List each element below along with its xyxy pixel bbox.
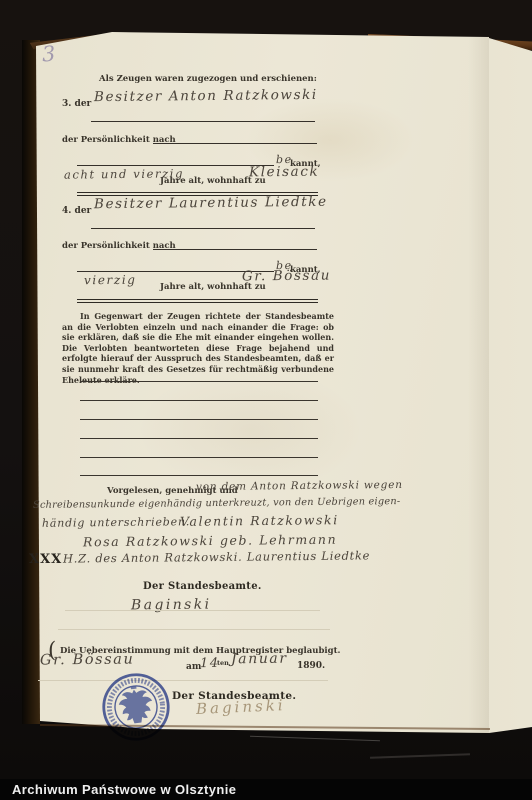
form-rule [91, 121, 315, 122]
certification-year: 1890. [297, 661, 325, 671]
blank-rule [80, 438, 318, 439]
registrar-title: Der Standesbeamte. [143, 581, 262, 592]
archive-caption-bar: Archiwum Państwowe w Olsztynie [0, 779, 532, 800]
closing-handwriting-line2: Schreibensunkunde eigenhändig unterkreuz… [33, 496, 400, 511]
form-content: 3 Als Zeugen waren zugezogen und erschie… [0, 0, 532, 800]
blank-rule [80, 419, 318, 420]
archival-scan: 3 Als Zeugen waren zugezogen und erschie… [0, 0, 532, 800]
faint-rule [58, 629, 330, 630]
witness3-residence-handwriting: Kleisack [249, 164, 319, 181]
blank-rule [80, 457, 318, 458]
eagle-icon [117, 688, 154, 725]
faint-rule [65, 610, 320, 611]
certification-day-suffix: ten [217, 659, 229, 667]
blank-rule [80, 400, 318, 401]
certification-place-handwriting: Gr. Bössau [40, 652, 135, 669]
certification-month-handwriting: Januar [231, 651, 288, 668]
registrar-signature-faded: Baginski [196, 696, 286, 718]
signature-rosa-ratzkowski: Rosa Ratzkowski geb. Lehrmann [83, 532, 337, 550]
witness3-number: 3. der [62, 99, 91, 109]
witness4-residence-handwriting: Gr. Bössau [242, 268, 331, 285]
blank-rule [80, 381, 318, 382]
form-rule [91, 228, 315, 229]
form-rule [153, 249, 317, 250]
page-number: 3 [41, 42, 57, 67]
handmark-crosses: XXX [29, 552, 62, 567]
closing-handwriting-line3: händig unterschrieben. [42, 515, 190, 530]
witness-section-header: Als Zeugen waren zugezogen und erschiene… [99, 74, 317, 84]
witness3-name-handwriting: Besitzer Anton Ratzkowski [94, 87, 318, 105]
form-rule [153, 143, 317, 144]
witness4-name-handwriting: Besitzer Laurentius Liedtke [94, 194, 328, 212]
form-rule-double [77, 299, 318, 303]
signature-valentin-ratzkowski: Valentin Ratzkowski [180, 512, 339, 529]
closing-handwriting-line1: von dem Anton Ratzkowski wegen [196, 479, 403, 493]
signature-handzeichen-liedtke: H.Z. des Anton Ratzkowski. Laurentius Li… [63, 548, 370, 565]
witness4-age-handwriting: vierzig [84, 273, 137, 288]
witness4-number: 4. der [62, 206, 91, 216]
archive-name: Archiwum Państwowe w Olsztynie [12, 782, 236, 797]
blank-rule [80, 475, 318, 476]
faint-rule [38, 680, 328, 681]
official-seal-stamp [97, 667, 175, 747]
marriage-declaration-paragraph: In Gegenwart der Zeugen richtete der Sta… [62, 311, 334, 385]
